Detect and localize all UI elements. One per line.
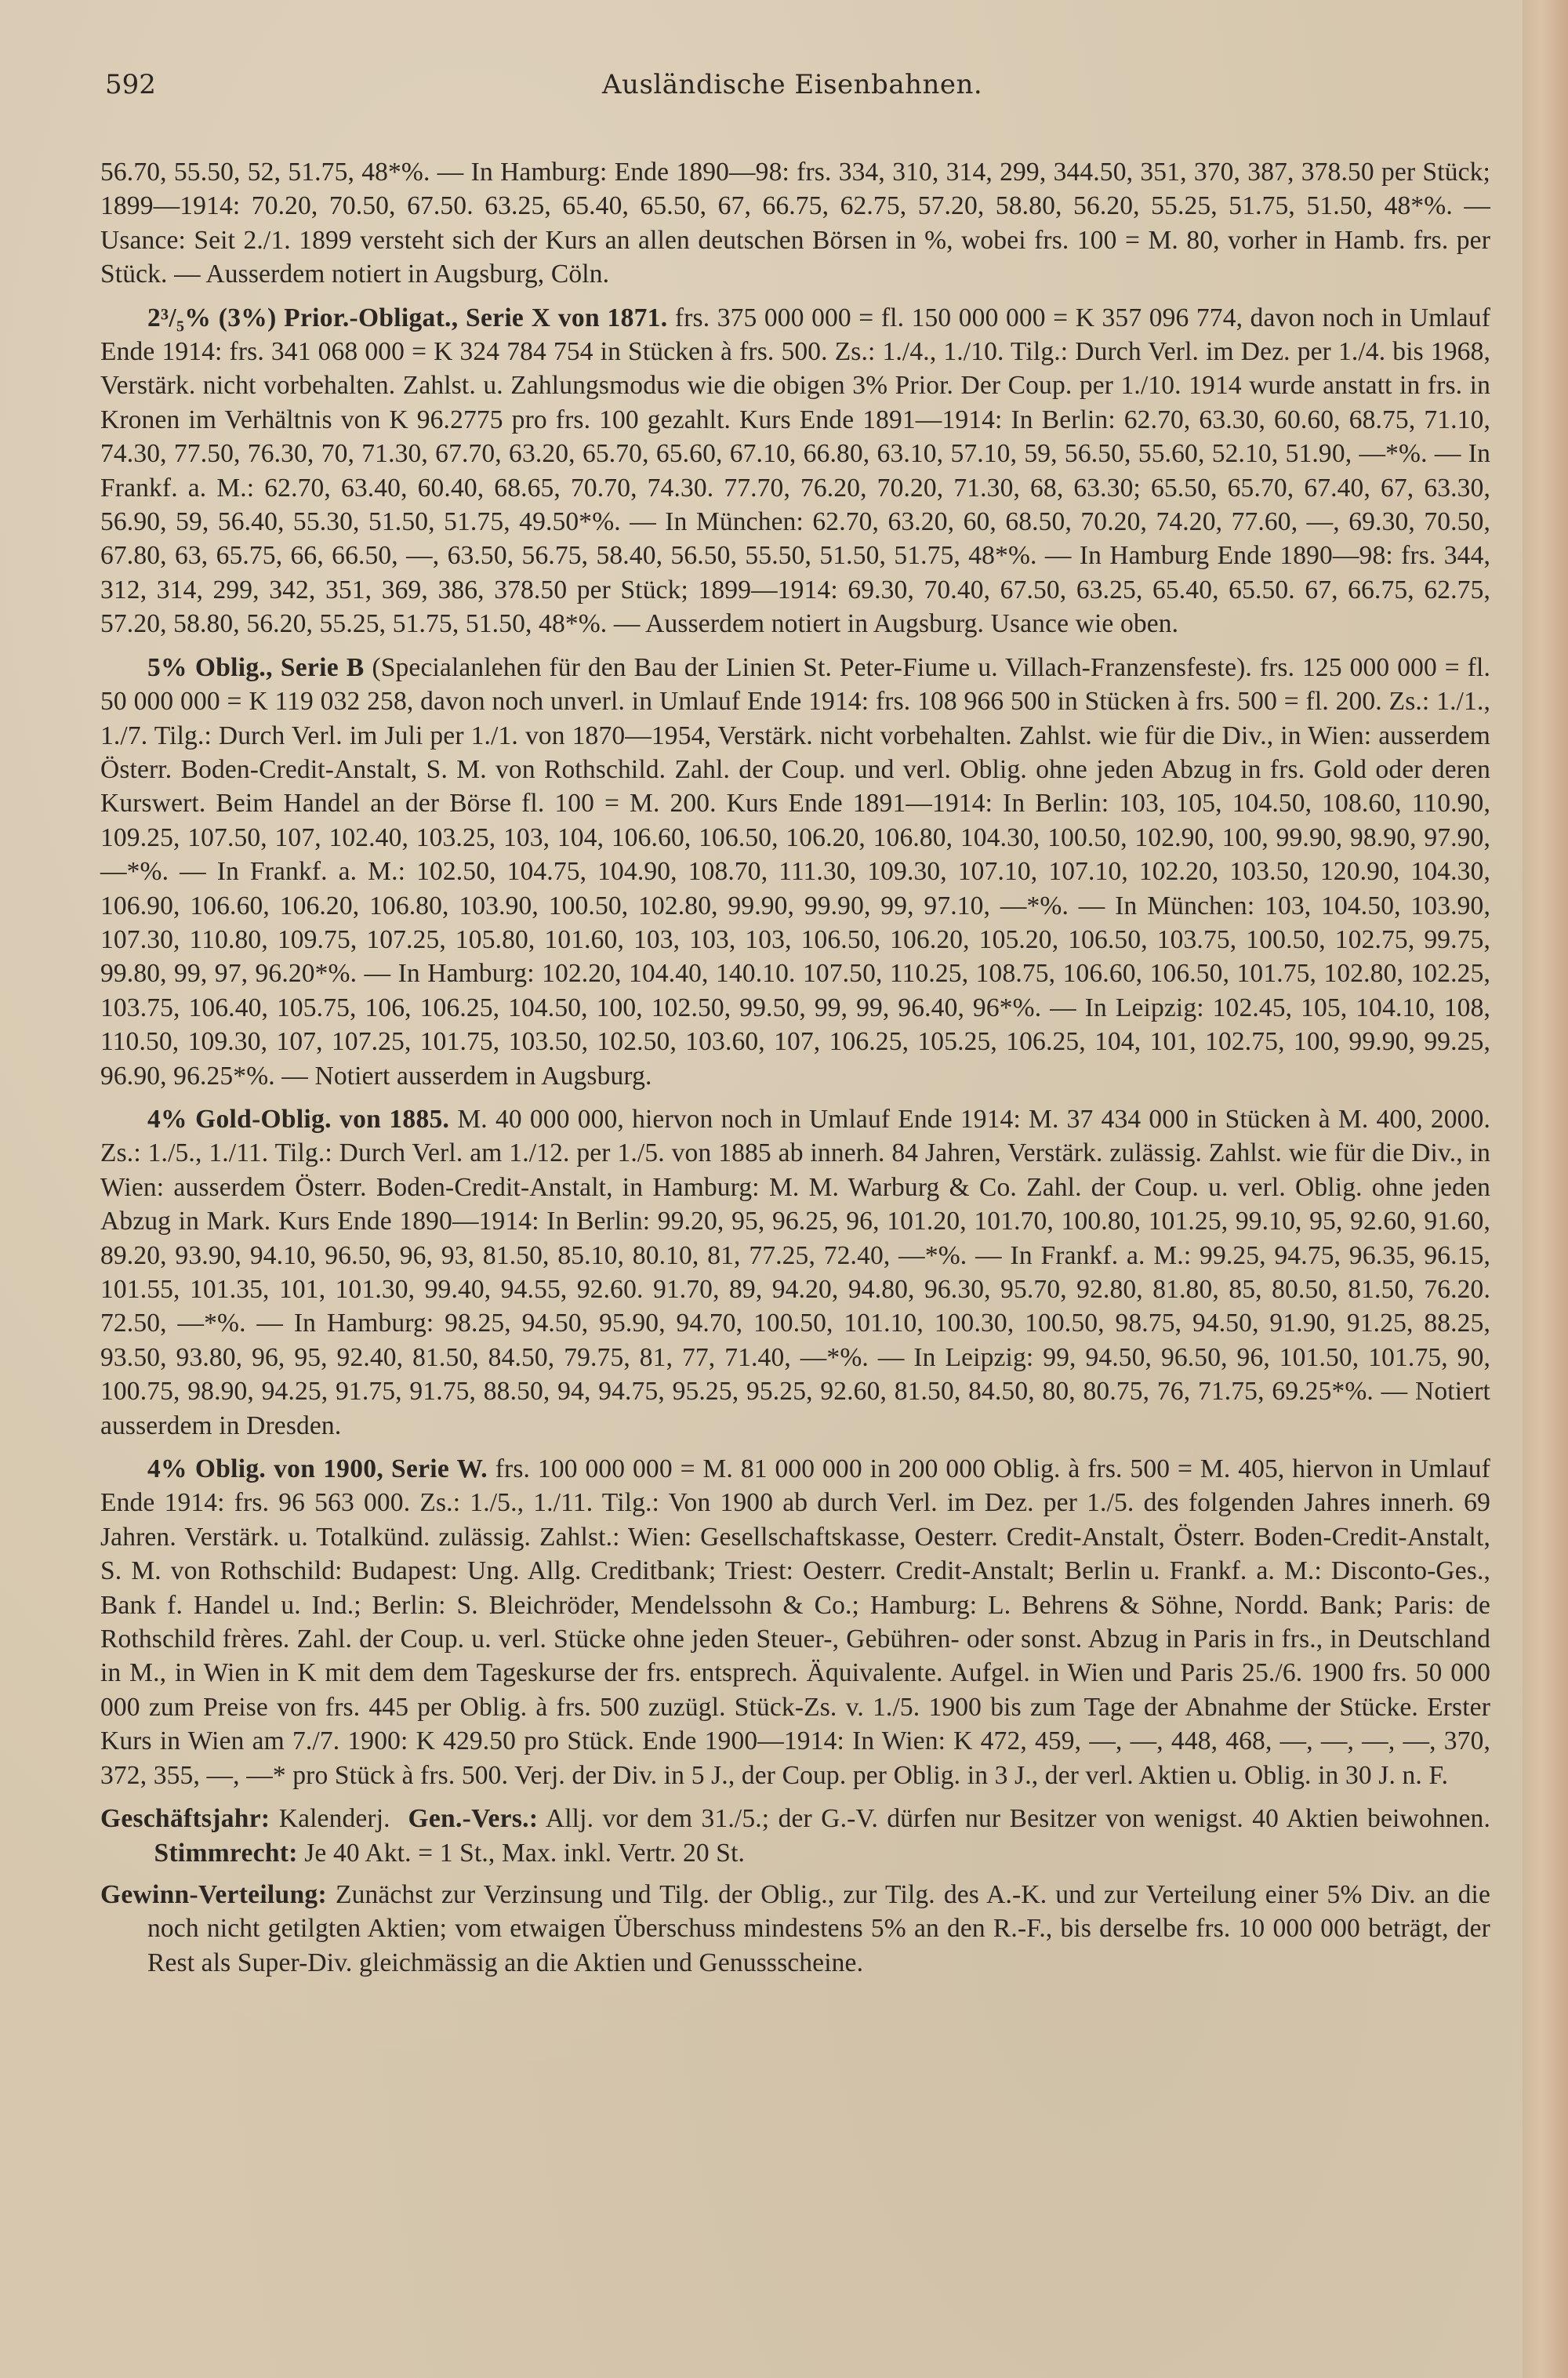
text-gen-vers: Allj. vor dem 31./5.; der G.-V. dürfen n… bbox=[546, 1804, 1490, 1833]
paragraph-heading: 5% Oblig., Serie B bbox=[147, 653, 365, 682]
paragraph-heading: 4% Oblig. von 1900, Serie W. bbox=[147, 1454, 488, 1483]
paragraph-text: 56.70, 55.50, 52, 51.75, 48*%. — In Hamb… bbox=[100, 158, 1490, 289]
paragraph-gewinn-verteilung: Gewinn-Verteilung: Zunächst zur Verzinsu… bbox=[100, 1878, 1490, 1980]
label-gen-vers: Gen.-Vers.: bbox=[408, 1804, 539, 1833]
page-edge-shadow bbox=[1523, 0, 1568, 2378]
paragraph-continuation: 56.70, 55.50, 52, 51.75, 48*%. — In Hamb… bbox=[100, 155, 1490, 292]
paragraph-heading: 4% Gold-Oblig. von 1885. bbox=[147, 1105, 449, 1134]
paragraph-text: M. 40 000 000, hiervon noch in Umlauf En… bbox=[100, 1105, 1490, 1440]
label-gewinn-verteilung: Gewinn-Verteilung: bbox=[100, 1880, 327, 1909]
book-page: 592 Ausländische Eisenbahnen. 56.70, 55.… bbox=[100, 61, 1490, 1980]
paragraph-geschaeftsjahr: Geschäftsjahr: Kalenderj. Gen.-Vers.: Al… bbox=[100, 1802, 1490, 1870]
paragraph-oblig-1900-serie-w: 4% Oblig. von 1900, Serie W. frs. 100 00… bbox=[100, 1452, 1490, 1792]
label-geschaeftsjahr: Geschäftsjahr: bbox=[100, 1804, 270, 1833]
paragraph-oblig-serie-b: 5% Oblig., Serie B (Specialanlehen für d… bbox=[100, 651, 1490, 1093]
paragraph-text: (Specialanlehen für den Bau der Linien S… bbox=[100, 653, 1490, 1091]
paragraph-prior-obligat-serie-x: 2³/₅% (3%) Prior.-Obligat., Serie X von … bbox=[100, 301, 1490, 641]
paragraph-gold-oblig-1885: 4% Gold-Oblig. von 1885. M. 40 000 000, … bbox=[100, 1102, 1490, 1443]
text-geschaeftsjahr: Kalenderj. bbox=[279, 1804, 390, 1833]
paragraph-heading: 2³/₅% (3%) Prior.-Obligat., Serie X von … bbox=[147, 303, 667, 332]
text-stimmrecht: Je 40 Akt. = 1 St., Max. inkl. Vertr. 20… bbox=[304, 1839, 745, 1868]
page-number: 592 bbox=[105, 61, 156, 108]
text-gewinn-verteilung: Zunächst zur Verzinsung und Tilg. der Ob… bbox=[147, 1880, 1490, 1977]
running-title: Ausländische Eisenbahnen. bbox=[602, 61, 982, 108]
paragraph-text: frs. 375 000 000 = fl. 150 000 000 = K 3… bbox=[100, 303, 1490, 639]
body-text: 56.70, 55.50, 52, 51.75, 48*%. — In Hamb… bbox=[100, 155, 1490, 1980]
page-header: 592 Ausländische Eisenbahnen. bbox=[100, 61, 1490, 108]
paragraph-text: frs. 100 000 000 = M. 81 000 000 in 200 … bbox=[100, 1454, 1490, 1790]
label-stimmrecht: Stimmrecht: bbox=[154, 1839, 298, 1868]
